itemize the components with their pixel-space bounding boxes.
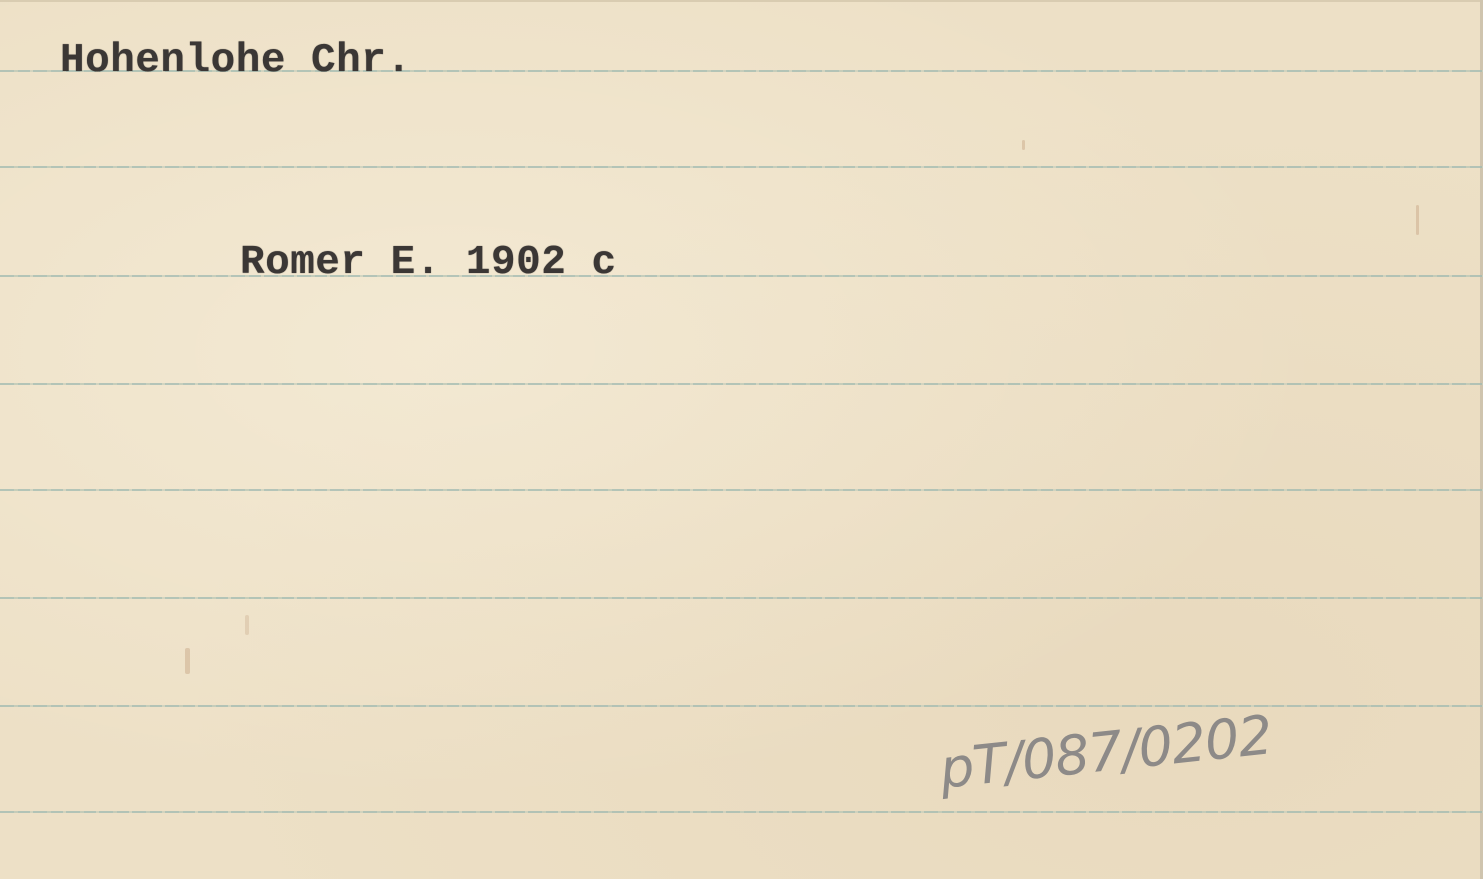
paper-fleck	[1416, 205, 1419, 235]
ruled-line	[0, 489, 1483, 491]
paper-fleck	[245, 615, 249, 635]
card-entry: Romer E. 1902 c	[240, 240, 617, 286]
paper-fleck	[1022, 140, 1025, 150]
ruled-line	[0, 166, 1483, 168]
index-card: Hohenlohe Chr. Romer E. 1902 c pT/087/02…	[0, 0, 1483, 879]
catalog-number: pT/087/0202	[937, 703, 1275, 800]
ruled-line	[0, 811, 1483, 813]
ruled-line	[0, 597, 1483, 599]
card-top-edge	[0, 0, 1483, 2]
paper-fleck	[185, 648, 190, 674]
ruled-line	[0, 275, 1483, 277]
card-heading: Hohenlohe Chr.	[60, 38, 411, 84]
ruled-line	[0, 383, 1483, 385]
